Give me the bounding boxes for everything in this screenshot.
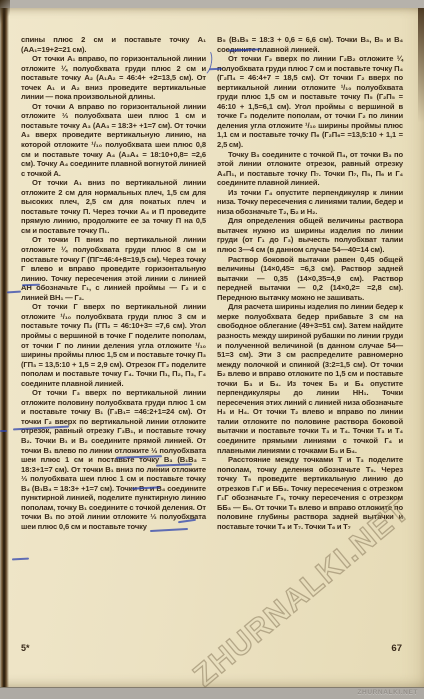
paragraph: Для расчета ширины изделия по линии беде… xyxy=(217,302,403,455)
scanned-page-photo: спины плюс 2 см и поставьте точку А₁ (АА… xyxy=(0,0,424,699)
watermark-corner: ZHURNALKI.NET xyxy=(357,689,418,696)
paragraph: Из точки Г₄ опустите перпендикуляр к лин… xyxy=(217,188,403,217)
paragraph: Для определения общей величины раствора … xyxy=(217,216,403,254)
paragraph: От точки А вправо по горизонтальной лини… xyxy=(21,102,206,178)
paragraph: От точки Г вверх по вертикальной линии о… xyxy=(21,302,206,388)
page-binding-edge xyxy=(0,8,9,687)
paragraph: От точки Г₃ вверх по вертикальной линии … xyxy=(21,388,206,531)
paragraph: спины плюс 2 см и поставьте точку А₁ (АА… xyxy=(21,35,206,54)
paragraph: Точку В₃ соедините с точкой П₄, от точки… xyxy=(217,150,403,188)
page-right-edge-shadow xyxy=(418,8,424,123)
paragraph: От точки А₁ вниз по вертикальной линии о… xyxy=(21,178,206,235)
scan-background-top xyxy=(0,0,424,8)
text-column-right: В₅ (В₁В₅ = 18:3 + 0,6 = 6,6 см). Точки В… xyxy=(217,35,403,531)
page-number: 67 xyxy=(352,643,402,654)
paragraph: От точки А₁ вправо, по горизонтальной ли… xyxy=(21,54,206,102)
signature-mark: 5* xyxy=(21,643,30,653)
page-corner-shadow xyxy=(0,0,10,26)
text-column-left: спины плюс 2 см и поставьте точку А₁ (АА… xyxy=(21,35,206,531)
paragraph: От точки П вниз по вертикальной линии от… xyxy=(21,235,206,302)
paragraph: Раствор боковой вытачки равен 0,45 общей… xyxy=(217,255,403,303)
paragraph: От точки Г₂ вверх по линии Г₂В₂ отложите… xyxy=(217,54,403,149)
paragraph: В₅ (В₁В₅ = 18:3 + 0,6 = 6,6 см). Точки В… xyxy=(217,35,403,54)
